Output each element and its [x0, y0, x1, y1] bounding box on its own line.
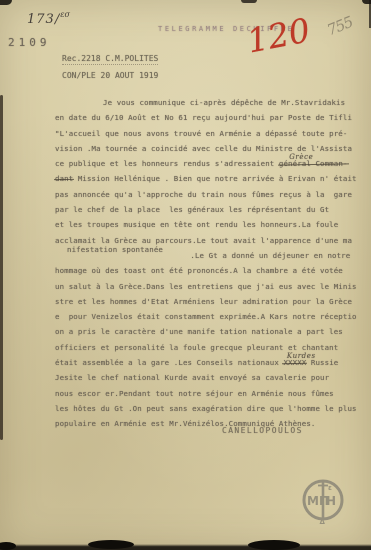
pencil-annotation: Grèce [289, 150, 313, 165]
header-date-line: CON/PLE 20 AOUT 1919 [62, 71, 158, 80]
body-text: les hôtes du Gt .On peut sans exagératio… [55, 404, 357, 413]
red-handwritten-number: 120 [244, 10, 313, 60]
body-line: était assemblée a la gare .Les Conseils … [55, 355, 357, 370]
paper-edge-left [0, 95, 3, 440]
body-text: "L'accueil que nous avons trouvé en Armé… [55, 129, 347, 138]
body-line: Jesite le chef national Kurde avait envo… [55, 370, 357, 385]
body-text: e pour Venizelos était constamment expri… [55, 312, 357, 321]
signature: CANELLOPOULOS [222, 426, 303, 435]
body-text: un salut à la Grèce.Dans les entretiens … [55, 282, 357, 291]
body-line: par le chef de la place les généraux les… [55, 202, 357, 217]
body-text: nifestation spontanée [67, 245, 163, 254]
body-text: pas annoncée qu'a l'approche du train no… [55, 190, 352, 199]
paper-edge-blob [88, 540, 134, 549]
body-text: par le chef de la place les généraux les… [55, 205, 329, 214]
stamp-letter-top: ε [328, 484, 332, 492]
archive-stamp-icon: ΜΠ Η ε Δ [300, 476, 348, 530]
body-text: Jesite le chef national Kurde avait envo… [55, 373, 329, 382]
ref-number-main: 173/ [27, 12, 60, 27]
header-recipient-line: Rec.2218 C.M.POLITES [62, 54, 158, 63]
body-line: populaire en Arménie est Mr.Vénizélos.Co… [55, 416, 357, 431]
body-line: on a pris le caractère d'une manife tati… [55, 324, 357, 339]
pencil-number: 755 [325, 13, 356, 39]
body-line: e pour Venizelos était constamment expri… [55, 309, 357, 324]
body-line: hommage où des toast ont été prononcés.A… [55, 263, 357, 278]
stamp-number: 2109 [8, 36, 51, 49]
stamp-letter-bottom: Δ [320, 518, 326, 526]
paper-edge-blob [248, 540, 300, 550]
body-line: "L'accueil que nous avons trouvé en Armé… [55, 126, 357, 141]
struck-text: général Comman-Grèce [279, 159, 348, 168]
body-text: .Le Gt a donné un déjeuner en notre [163, 251, 350, 260]
body-line: Je vous communique ci-après dépêche de M… [55, 95, 357, 110]
paper-edge-top-left [0, 0, 12, 5]
struck-text: XXXXXKurdes [283, 358, 306, 367]
body-text: était assemblée a la gare .Les Conseils … [55, 358, 283, 367]
body-text: nous escor er.Pendant tout notre séjour … [55, 389, 334, 398]
body-text: et les troupes musique en tête ont rendu… [55, 220, 338, 229]
body-line: un salut à la Grèce.Dans les entretiens … [55, 279, 357, 294]
body-line: ce publique et les honneurs rendus s'adr… [55, 156, 357, 171]
body-line: stre et les hommes d'Etat Arméniens leur… [55, 294, 357, 309]
struck-text: dant [55, 174, 73, 183]
body-line: les hôtes du Gt .On peut sans exagératio… [55, 401, 357, 416]
body-line: dant Mission Hellénique . Bien que notre… [55, 171, 357, 186]
ref-number-sup: εσ [60, 10, 70, 19]
body-text: ce publique et les honneurs rendus s'adr… [55, 159, 279, 168]
body-line: nifestation spontanée .Le Gt a donné un … [55, 248, 357, 263]
pencil-annotation: Kurdes [287, 349, 316, 364]
body-line: pas annoncée qu'a l'approche du train no… [55, 187, 357, 202]
paper-edge-bottom [0, 544, 371, 550]
body-text: acclamait la Grèce au parcours.Le tout a… [55, 236, 352, 245]
ref-number: 173/εσ [27, 10, 70, 27]
body-text: Je vous communique ci-après dépêche de M… [103, 98, 345, 107]
stamp-letters-right: Η [326, 494, 336, 508]
body-line: en date du 6/10 Août et No 61 reçu aujou… [55, 110, 357, 125]
body-text: hommage où des toast ont été prononcés.A… [55, 266, 343, 275]
body-text: stre et les hommes d'Etat Arméniens leur… [55, 297, 352, 306]
telegram-page: 173/εσ 2109 TELEGRAMME DECHIFFRE 120 755… [0, 0, 371, 550]
telegram-body: Je vous communique ci-après dépêche de M… [55, 95, 357, 432]
body-line: et les troupes musique en tête ont rendu… [55, 217, 357, 232]
body-text: Mission Hellénique . Bien que notre arri… [73, 174, 356, 183]
recipient-text: Rec.2218 C.M.POLITES [62, 54, 158, 65]
body-line: nous escor er.Pendant tout notre séjour … [55, 386, 357, 401]
paper-edge-top-dash [241, 0, 257, 3]
body-text: en date du 6/10 Août et No 61 reçu aujou… [55, 113, 352, 122]
body-text: on a pris le caractère d'une manife tati… [55, 327, 343, 336]
